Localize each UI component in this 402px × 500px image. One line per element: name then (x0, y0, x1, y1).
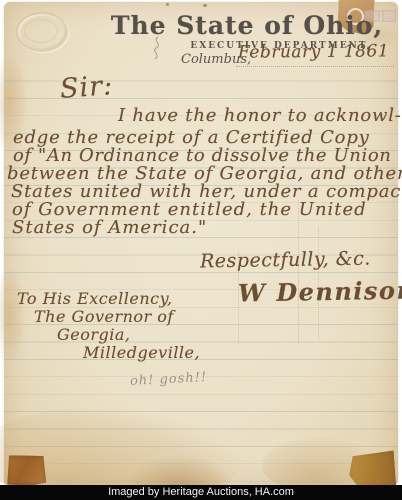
salutation: Sir: (59, 70, 114, 105)
footer-credit-text: Imaged by Heritage Auctions, HA.com (108, 485, 294, 500)
signature: W Dennison (238, 275, 402, 307)
address-line: Milledgeville, (83, 343, 200, 362)
footer-credit-bar: Imaged by Heritage Auctions, HA.com (0, 485, 402, 500)
closing-line: Respectfully, &c. (200, 248, 371, 273)
paper-speck (166, 3, 169, 6)
address-line: Georgia, (57, 325, 131, 344)
date-baseline-rule (236, 66, 394, 67)
scanned-letter-image: The State of Ohio, EXECUTIVE DEPARTMENT,… (0, 0, 402, 500)
paper-speck (203, 4, 207, 7)
letterhead-title: The State of Ohio, (104, 11, 390, 40)
address-line: To His Excellency, (17, 289, 173, 308)
flourish-ornament (150, 36, 164, 60)
body-line: I have the honor to acknowl- (118, 105, 402, 126)
handwritten-date: February 1 1861 (238, 41, 389, 62)
address-line: The Governor of (34, 307, 174, 326)
embossed-seal-inner (24, 19, 58, 43)
body-line: States of America." (12, 217, 207, 238)
